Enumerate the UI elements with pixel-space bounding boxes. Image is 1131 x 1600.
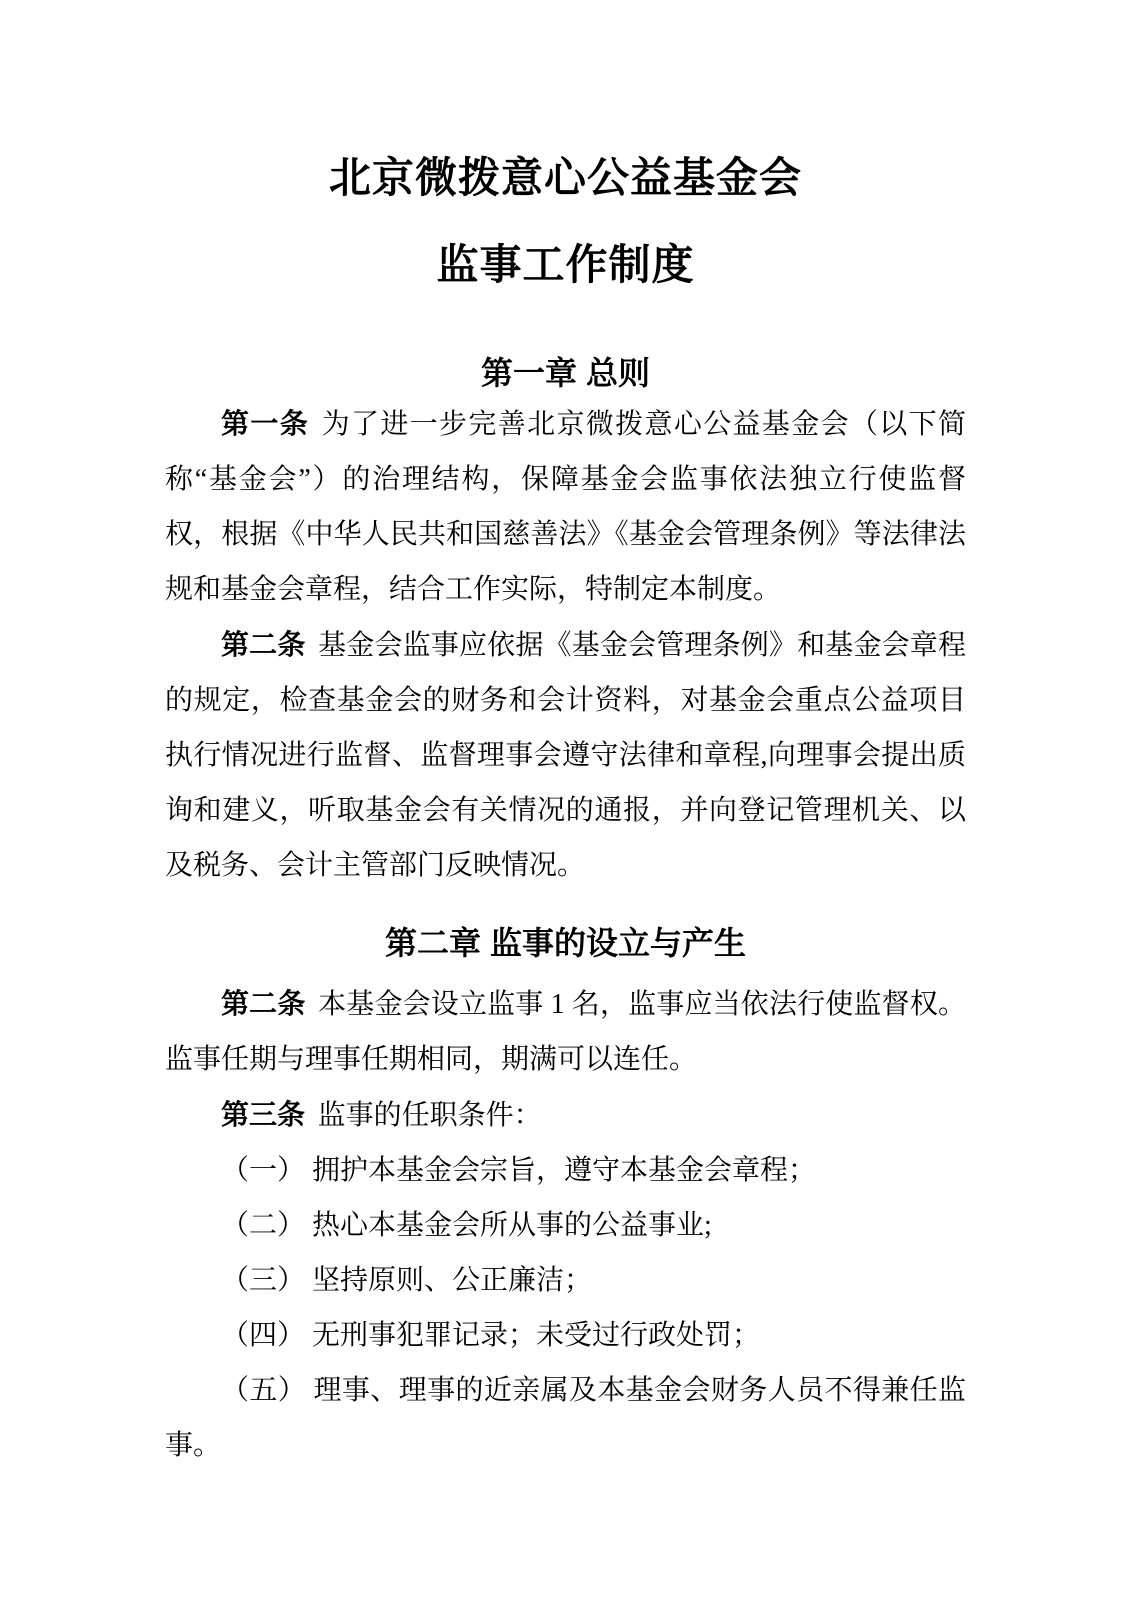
chapter-2-heading: 第二章 监事的设立与产生 <box>165 921 966 966</box>
chapter-2-article-2: 第三条监事的任职条件： <box>165 1087 966 1143</box>
condition-item-2: （二） 热心本基金会所从事的公益事业; <box>165 1198 966 1253</box>
article-label: 第二条 <box>221 988 306 1019</box>
article-label: 第三条 <box>221 1099 305 1130</box>
chapter-1-article-1: 第一条为了进一步完善北京微拨意心公益基金会（以下简称“基金会”）的治理结构，保障… <box>165 396 966 617</box>
condition-item-5: （五） 理事、理事的近亲属及本基金会财务人员不得兼任监事。 <box>165 1363 966 1473</box>
article-text: 基金会监事应依据《基金会管理条例》和基金会章程的规定，检查基金会的财务和会计资料… <box>165 630 966 881</box>
article-label: 第二条 <box>221 629 306 660</box>
document-subtitle: 监事工作制度 <box>165 237 966 296</box>
article-label: 第一条 <box>221 408 309 439</box>
condition-item-3: （三） 坚持原则、公正廉洁； <box>165 1253 966 1308</box>
document-title: 北京微拨意心公益基金会 <box>165 150 966 209</box>
article-text: 监事的任职条件： <box>318 1100 542 1131</box>
document-page: 北京微拨意心公益基金会 监事工作制度 第一章 总则 第一条为了进一步完善北京微拨… <box>0 0 1131 1600</box>
condition-item-1: （一） 拥护本基金会宗旨，遵守本基金会章程； <box>165 1143 966 1198</box>
chapter-1-article-2: 第二条基金会监事应依据《基金会管理条例》和基金会章程的规定，检查基金会的财务和会… <box>165 617 966 893</box>
chapter-2-article-1: 第二条本基金会设立监事 1 名，监事应当依法行使监督权。监事任期与理事任期相同，… <box>165 976 966 1087</box>
condition-item-4: （四） 无刑事犯罪记录；未受过行政处罚； <box>165 1308 966 1363</box>
chapter-1-heading: 第一章 总则 <box>165 351 966 396</box>
